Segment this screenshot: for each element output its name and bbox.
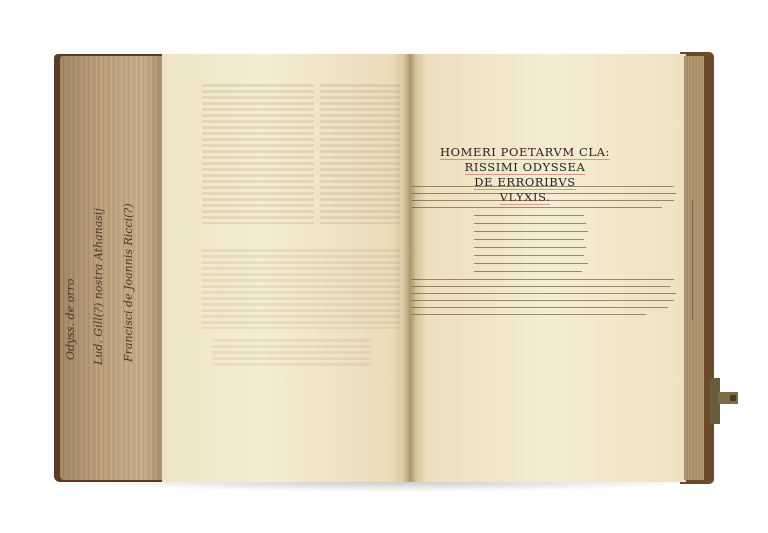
fore-edge-inscription-1: Odyss. de orro xyxy=(64,279,77,360)
gutter xyxy=(404,54,416,482)
fore-edge-inscription-3: Francisci de Joannis Ricci(?) xyxy=(122,203,135,362)
show-through-column-2 xyxy=(320,84,400,224)
printed-title: HOMERI POETARVM CLA: RISSIMI ODYSSEA DE … xyxy=(420,145,630,205)
fore-edge-inscription-2: Lud. Gill(?) nostra Athanasij xyxy=(92,208,105,365)
show-through-colophon xyxy=(212,339,372,369)
left-fore-edge-shading xyxy=(60,56,164,480)
left-page xyxy=(162,54,412,482)
title-line-2: RISSIMI ODYSSEA xyxy=(465,160,586,175)
clasp-icon xyxy=(710,378,740,424)
show-through-column-1 xyxy=(202,84,314,224)
right-page xyxy=(410,54,686,482)
title-line-3: DE ERRORIBVS xyxy=(474,175,575,190)
photo-stage: Odyss. de orro Lud. Gill(?) nostra Athan… xyxy=(0,0,768,533)
right-edge-annotation xyxy=(692,200,693,320)
right-fore-edge xyxy=(684,56,704,480)
show-through-table xyxy=(202,249,400,329)
title-line-1: HOMERI POETARVM CLA: xyxy=(440,145,610,160)
